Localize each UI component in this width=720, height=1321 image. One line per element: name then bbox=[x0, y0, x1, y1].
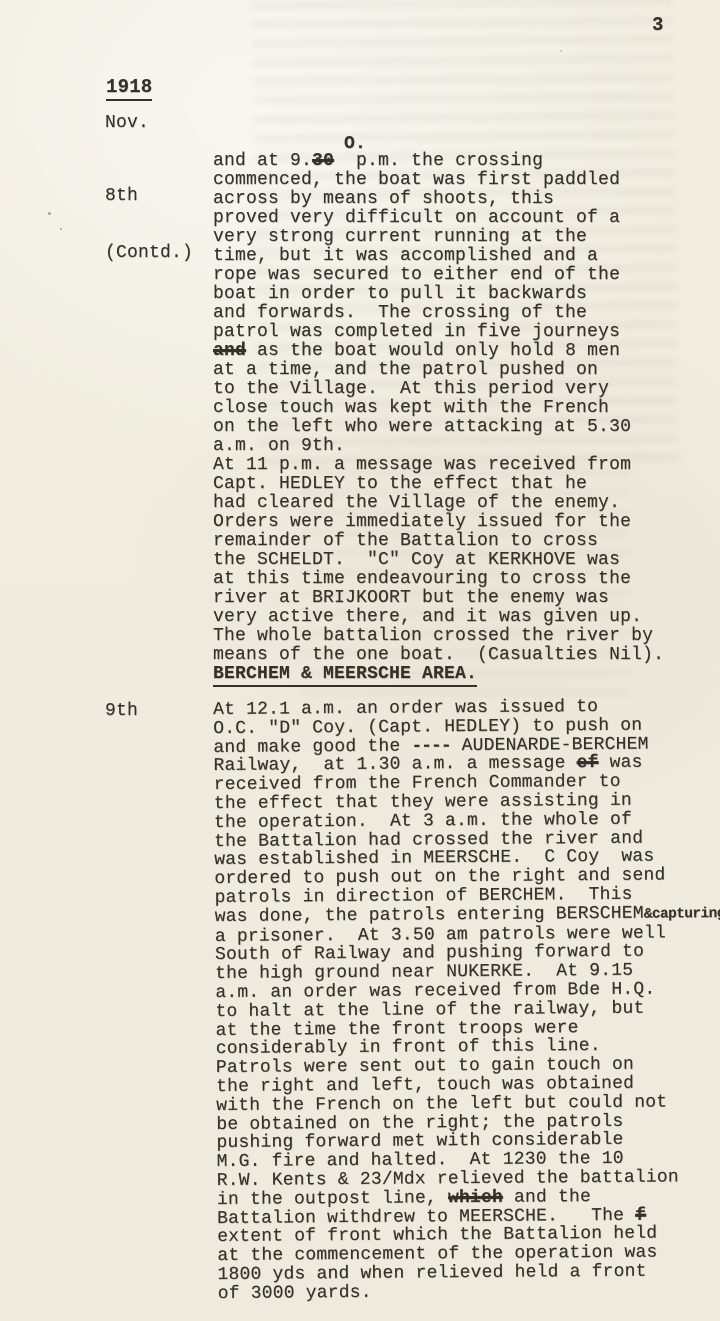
text-segment: was bbox=[599, 753, 643, 773]
text-line: proved very difficult on account of a bbox=[213, 209, 713, 228]
text-line: means of the one boat. (Casualties Nil). bbox=[213, 646, 713, 665]
text-line: to the Village. At this period very bbox=[213, 380, 713, 399]
text-line: at this time endeavouring to cross the bbox=[213, 570, 713, 589]
struck-text: and bbox=[213, 341, 246, 361]
text-line: a.m. on 9th. bbox=[213, 437, 713, 456]
text-segment: and the bbox=[503, 1187, 591, 1208]
text-segment: 1800 yds and when relieved held a front bbox=[217, 1262, 646, 1285]
paper-speck bbox=[48, 212, 51, 215]
page-number: 3 bbox=[652, 14, 664, 36]
text-segment: the SCHELDT. "C" Coy at KERKHOVE was bbox=[213, 550, 620, 570]
paper-speck bbox=[560, 50, 562, 52]
text-line: the SCHELDT. "C" Coy at KERKHOVE was bbox=[213, 551, 713, 570]
text-line: river at BRIJKOORT but the enemy was bbox=[213, 589, 713, 608]
text-segment: At 11 p.m. a message was received from bbox=[213, 455, 631, 475]
text-segment: to the Village. At this period very bbox=[213, 379, 609, 399]
text-segment: remainder of the Battalion to cross bbox=[213, 531, 598, 551]
text-line: and at 9.30 p.m. the crossing bbox=[213, 152, 713, 171]
entry-body-nov9: At 12.1 a.m. an order was issued toO.C. … bbox=[213, 697, 720, 1303]
text-line: and as the boat would only hold 8 men bbox=[213, 342, 713, 361]
text-line: 1800 yds and when relieved held a front bbox=[217, 1262, 720, 1285]
text-line: had cleared the Village of the enemy. bbox=[213, 494, 713, 513]
struck-text: ef bbox=[576, 753, 598, 773]
text-segment: &capturing bbox=[644, 906, 720, 923]
text-segment: close touch was kept with the French bbox=[213, 398, 609, 418]
text-segment: of 3000 yards. bbox=[218, 1282, 372, 1303]
text-line: at a time, and the patrol pushed on bbox=[213, 361, 713, 380]
text-line: of 3000 yards. bbox=[218, 1281, 720, 1304]
text-line: At 11 p.m. a message was received from bbox=[213, 456, 713, 475]
struck-text: 30 bbox=[312, 151, 334, 171]
year-heading: 1918 bbox=[106, 76, 152, 101]
text-line: across by means of shoots, this bbox=[213, 190, 713, 209]
text-segment: river at BRIJKOORT but the enemy was bbox=[213, 588, 609, 608]
entry-date-contd: (Contd.) bbox=[105, 244, 193, 263]
text-segment: and forwards. The crossing of the bbox=[213, 303, 587, 323]
text-line: very strong current running at the bbox=[213, 228, 713, 247]
text-segment: ---- bbox=[411, 736, 450, 756]
text-line: remainder of the Battalion to cross bbox=[213, 532, 713, 551]
text-segment: commenced, the boat was first paddled bbox=[213, 170, 620, 190]
text-line: Capt. HEDLEY to the effect that he bbox=[213, 475, 713, 494]
text-segment: at a time, and the patrol pushed on bbox=[213, 360, 598, 380]
text-segment: at this time endeavouring to cross the bbox=[213, 569, 631, 589]
text-segment: time, but it was accomplished and a bbox=[213, 246, 598, 266]
entry-body-nov8: and at 9.30 p.m. the crossingcommenced, … bbox=[213, 152, 713, 665]
document-page: 3 1918 Nov. 8th (Contd.) O. and at 9.30 … bbox=[0, 0, 720, 1321]
section-heading: BERCHEM & MEERSCHE AREA. bbox=[213, 664, 477, 687]
text-segment: on the left who were attacking at 5.30 bbox=[213, 417, 631, 437]
entry-date-label: 8th bbox=[105, 187, 193, 206]
text-segment: The whole battalion crossed the river by bbox=[213, 626, 653, 646]
entry-date-8th: 8th (Contd.) bbox=[105, 149, 193, 301]
text-line: and forwards. The crossing of the bbox=[213, 304, 713, 323]
text-segment: very strong current running at the bbox=[213, 227, 587, 247]
text-segment: very active there, and it was given up. bbox=[213, 607, 642, 627]
text-segment: proved very difficult on account of a bbox=[213, 208, 620, 228]
text-line: Orders were immediately issued for the bbox=[213, 513, 713, 532]
struck-text: f bbox=[635, 1205, 646, 1225]
text-segment: and at 9. bbox=[213, 151, 312, 171]
text-line: patrol was completed in five journeys bbox=[213, 323, 713, 342]
text-line: close touch was kept with the French bbox=[213, 399, 713, 418]
text-line: The whole battalion crossed the river by bbox=[213, 627, 713, 646]
entry-date-9th: 9th bbox=[105, 702, 138, 721]
text-segment: means of the one boat. (Casualties Nil). bbox=[213, 645, 664, 665]
text-line: time, but it was accomplished and a bbox=[213, 247, 713, 266]
text-line: rope was secured to either end of the bbox=[213, 266, 713, 285]
text-line: commenced, the boat was first paddled bbox=[213, 171, 713, 190]
text-line: very active there, and it was given up. bbox=[213, 608, 713, 627]
text-segment: rope was secured to either end of the bbox=[213, 265, 620, 285]
text-line: boat in order to pull it backwards bbox=[213, 285, 713, 304]
month-label: Nov. bbox=[105, 113, 149, 133]
text-segment: p.m. the crossing bbox=[334, 151, 543, 171]
text-segment: had cleared the Village of the enemy. bbox=[213, 493, 620, 513]
text-segment: Orders were immediately issued for the bbox=[213, 512, 631, 532]
text-segment: boat in order to pull it backwards bbox=[213, 284, 587, 304]
paper-speck bbox=[60, 228, 62, 230]
text-segment: across by means of shoots, this bbox=[213, 189, 554, 209]
text-line: on the left who were attacking at 5.30 bbox=[213, 418, 713, 437]
struck-text: whieh bbox=[448, 1187, 503, 1207]
text-segment: patrol was completed in five journeys bbox=[213, 322, 620, 342]
text-segment: as the boat would only hold 8 men bbox=[246, 341, 620, 361]
text-segment: Capt. HEDLEY to the effect that he bbox=[213, 474, 587, 494]
text-segment: a.m. on 9th. bbox=[213, 436, 345, 456]
